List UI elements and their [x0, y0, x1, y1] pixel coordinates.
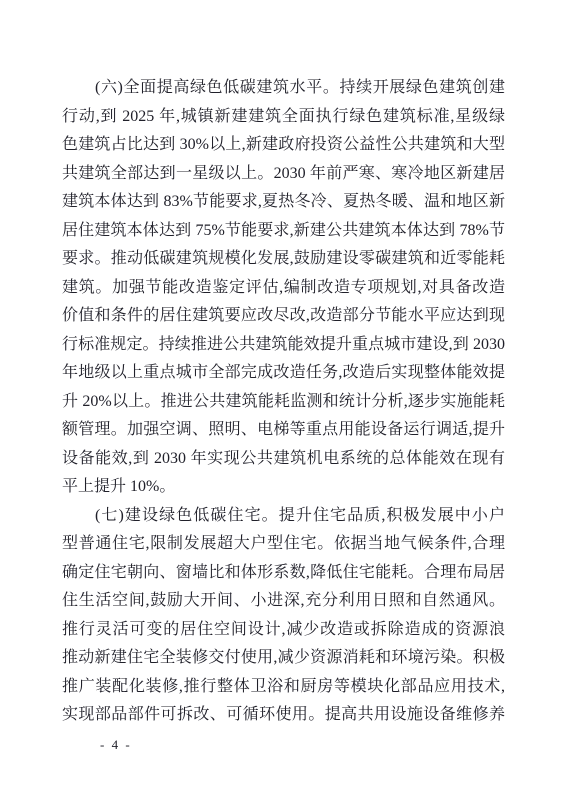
paragraph-section-6: (六)全面提高绿色低碳建筑水平。持续开展绿色建筑创建 行动,到 2025 年,城… [62, 74, 505, 502]
text-line: 色建筑占比达到 30%以上,新建政府投资公益性公共建筑和大型公 [62, 131, 505, 160]
text-line: 推动新建住宅全装修交付使用,减少资源消耗和环境污染。积极 [62, 644, 505, 673]
text-line: 升 20%以上。推进公共建筑能耗监测和统计分析,逐步实施能耗限 [62, 388, 505, 417]
text-line: 额管理。加强空调、照明、电梯等重点用能设备运行调适,提升 [62, 416, 505, 445]
text-line: 设备能效,到 2030 年实现公共建筑机电系统的总体能效在现有水 [62, 445, 505, 474]
text-line: 平上提升 10%。 [62, 473, 505, 502]
text-line: 型普通住宅,限制发展超大户型住宅。依据当地气候条件,合理 [62, 530, 505, 559]
text-line: (六)全面提高绿色低碳建筑水平。持续开展绿色建筑创建 [62, 74, 505, 103]
text-line: 行标准规定。持续推进公共建筑能效提升重点城市建设,到 2030 [62, 331, 505, 360]
text-line: 建筑本体达到 83%节能要求,夏热冬冷、夏热冬暖、温和地区新建 [62, 188, 505, 217]
text-line: (七)建设绿色低碳住宅。提升住宅品质,积极发展中小户 [62, 502, 505, 531]
text-line: 要求。推动低碳建筑规模化发展,鼓励建设零碳建筑和近零能耗 [62, 245, 505, 274]
document-root: { "page": { "number_label": "- 4 -", "ba… [0, 0, 567, 806]
text-line: 推行灵活可变的居住空间设计,减少改造或拆除造成的资源浪费。 [62, 616, 505, 645]
text-line: 建筑。加强节能改造鉴定评估,编制改造专项规划,对具备改造 [62, 274, 505, 303]
text-line: 年地级以上重点城市全部完成改造任务,改造后实现整体能效提 [62, 359, 505, 388]
text-line: 住生活空间,鼓励大开间、小进深,充分利用日照和自然通风。 [62, 587, 505, 616]
document-page: (六)全面提高绿色低碳建筑水平。持续开展绿色建筑创建 行动,到 2025 年,城… [0, 0, 567, 806]
text-line: 确定住宅朝向、窗墙比和体形系数,降低住宅能耗。合理布局居 [62, 559, 505, 588]
text-line: 实现部品部件可拆改、可循环使用。提高共用设施设备维修养护 [62, 701, 505, 730]
text-line: 价值和条件的居住建筑要应改尽改,改造部分节能水平应达到现 [62, 302, 505, 331]
document-body: (六)全面提高绿色低碳建筑水平。持续开展绿色建筑创建 行动,到 2025 年,城… [62, 74, 505, 730]
text-line: 行动,到 2025 年,城镇新建建筑全面执行绿色建筑标准,星级绿 [62, 103, 505, 132]
text-line: 共建筑全部达到一星级以上。2030 年前严寒、寒冷地区新建居住 [62, 160, 505, 189]
page-number: - 4 - [100, 737, 132, 753]
paragraph-section-7: (七)建设绿色低碳住宅。提升住宅品质,积极发展中小户 型普通住宅,限制发展超大户… [62, 502, 505, 730]
text-line: 推广装配化装修,推行整体卫浴和厨房等模块化部品应用技术, [62, 673, 505, 702]
text-line: 居住建筑本体达到 75%节能要求,新建公共建筑本体达到 78%节能 [62, 217, 505, 246]
